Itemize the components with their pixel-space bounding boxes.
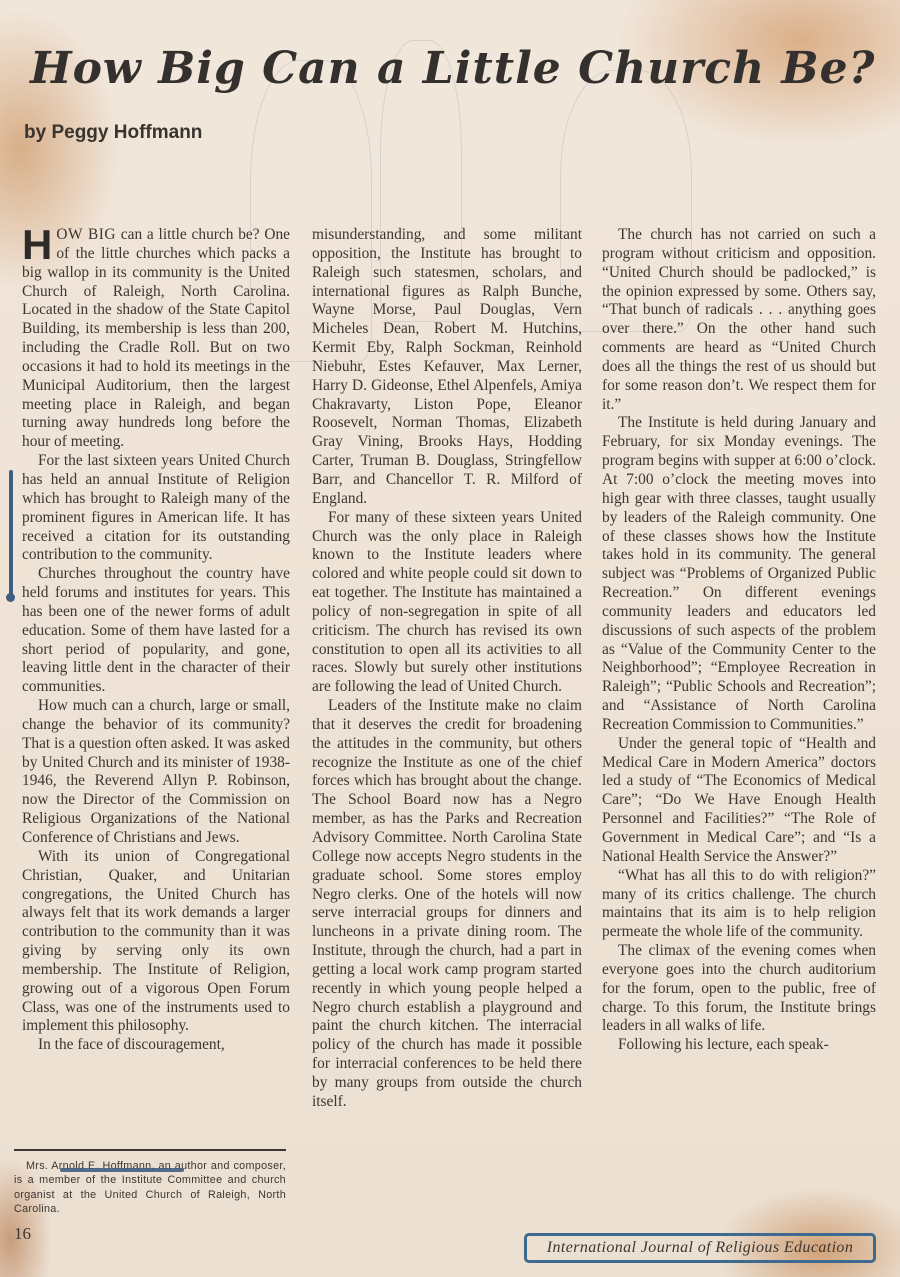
author-byline: by Peggy Hoffmann [24, 122, 202, 144]
paragraph: Leaders of the Institute make no claim t… [312, 697, 582, 1112]
paragraph: The Institute is held during January and… [602, 414, 876, 734]
lead-caps: OW BIG [56, 226, 116, 243]
page-number: 16 [14, 1224, 31, 1244]
paragraph: For the last sixteen years United Church… [22, 452, 290, 565]
paragraph: Following his lecture, each speak- [602, 1036, 876, 1055]
paragraph: Churches throughout the country have hel… [22, 565, 290, 697]
paragraph: In the face of discouragement, [22, 1036, 290, 1055]
paragraph: The church has not carried on such a pro… [602, 226, 876, 414]
paragraph: How much can a church, large or small, c… [22, 697, 290, 848]
paragraph: For many of these sixteen years United C… [312, 509, 582, 697]
journal-name-banner: International Journal of Religious Educa… [524, 1233, 876, 1263]
text-column-3: The church has not carried on such a pro… [602, 226, 876, 1055]
footnote-divider [14, 1149, 286, 1151]
text-column-2: misunderstanding, and some militant oppo… [312, 226, 582, 1112]
ink-underline-mark [60, 1168, 184, 1172]
paragraph: Under the general topic of “Health and M… [602, 735, 876, 867]
paragraph: “What has all this to do with religion?”… [602, 867, 876, 942]
paragraph: With its union of Congregational Christi… [22, 848, 290, 1036]
article-title: How Big Can a Little Church Be? [30, 43, 875, 94]
ink-margin-mark [9, 470, 13, 598]
drop-cap: H [22, 228, 52, 262]
paragraph: misunderstanding, and some militant oppo… [312, 226, 582, 509]
paragraph: The climax of the evening comes when eve… [602, 942, 876, 1036]
paragraph: HOW BIG can a little church be? One of t… [22, 226, 290, 452]
text-column-1: HOW BIG can a little church be? One of t… [22, 226, 290, 1055]
